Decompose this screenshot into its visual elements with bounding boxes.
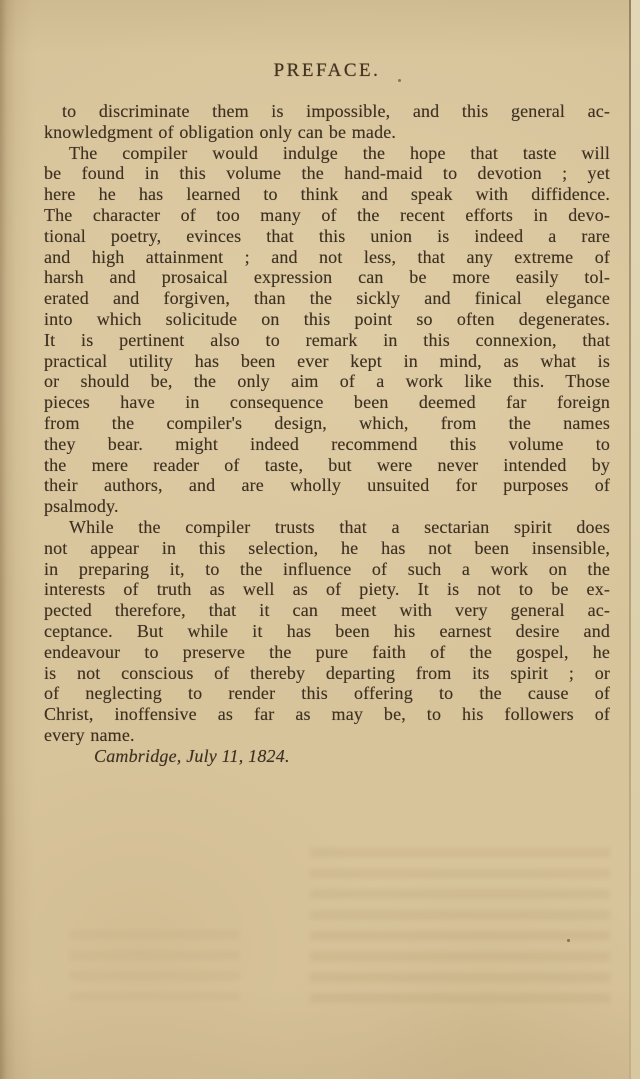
dateline: Cambridge, July 11, 1824. (44, 746, 610, 767)
text-line: The compiler would indulge the hope that… (44, 143, 610, 164)
ink-speck-decoration (398, 79, 401, 82)
text-line: from the compiler's design, which, from … (44, 413, 610, 434)
text-line: not appear in this selection, he has not… (44, 538, 610, 559)
paragraph-sectarian-spirit: While the compiler trusts that a sectari… (44, 517, 610, 746)
text-line: pected therefore, that it can meet with … (44, 600, 610, 621)
text-line: endeavour to preserve the pure faith of … (44, 642, 610, 663)
text-line: is not conscious of thereby departing fr… (44, 663, 610, 684)
page-title: PREFACE. (44, 60, 610, 82)
text-line: into which solicitude on this point so o… (44, 309, 610, 330)
text-line: harsh and prosaical expression can be mo… (44, 267, 610, 288)
text-line: or should be, the only aim of a work lik… (44, 371, 610, 392)
text-line: The character of too many of the recent … (44, 205, 610, 226)
ink-bleedthrough-decoration (310, 848, 610, 1003)
text-line: to discriminate them is impossible, and … (44, 101, 610, 122)
text-line: in preparing it, to the influence of suc… (44, 559, 610, 580)
text-line: their authors, and are wholly unsuited f… (44, 475, 610, 496)
text-line: tional poetry, evinces that this union i… (44, 226, 610, 247)
text-line: of neglecting to render this offering to… (44, 683, 610, 704)
text-line: pieces have in consequence been deemed f… (44, 392, 610, 413)
text-line: psalmody. (44, 496, 610, 517)
text-line: and high attainment ; and not less, that… (44, 247, 610, 268)
paragraph-continuation: to discriminate them is impossible, and … (44, 101, 610, 143)
text-line: ceptance. But while it has been his earn… (44, 621, 610, 642)
text-line: While the compiler trusts that a sectari… (44, 517, 610, 538)
text-block: to discriminate them is impossible, and … (44, 101, 610, 767)
text-line: erated and forgiven, than the sickly and… (44, 288, 610, 309)
text-line: It is pertinent also to remark in this c… (44, 330, 610, 351)
text-line: every name. (44, 725, 610, 746)
page-right-edge-decoration (631, 0, 640, 1079)
book-page: PREFACE. to discriminate them is impossi… (0, 0, 640, 1079)
text-line: the mere reader of taste, but were never… (44, 455, 610, 476)
text-line: Christ, inoffensive as far as may be, to… (44, 704, 610, 725)
paragraph-compiler-hope: The compiler would indulge the hope that… (44, 143, 610, 517)
text-line: practical utility has been ever kept in … (44, 351, 610, 372)
ink-speck-decoration (567, 939, 570, 942)
ink-bleedthrough-decoration (70, 930, 240, 1000)
text-line: they bear. might indeed recommend this v… (44, 434, 610, 455)
text-line: be found in this volume the hand-maid to… (44, 163, 610, 184)
text-line: here he has learned to think and speak w… (44, 184, 610, 205)
text-line: interests of truth as well as of piety. … (44, 579, 610, 600)
text-line: knowledgment of obligation only can be m… (44, 122, 610, 143)
